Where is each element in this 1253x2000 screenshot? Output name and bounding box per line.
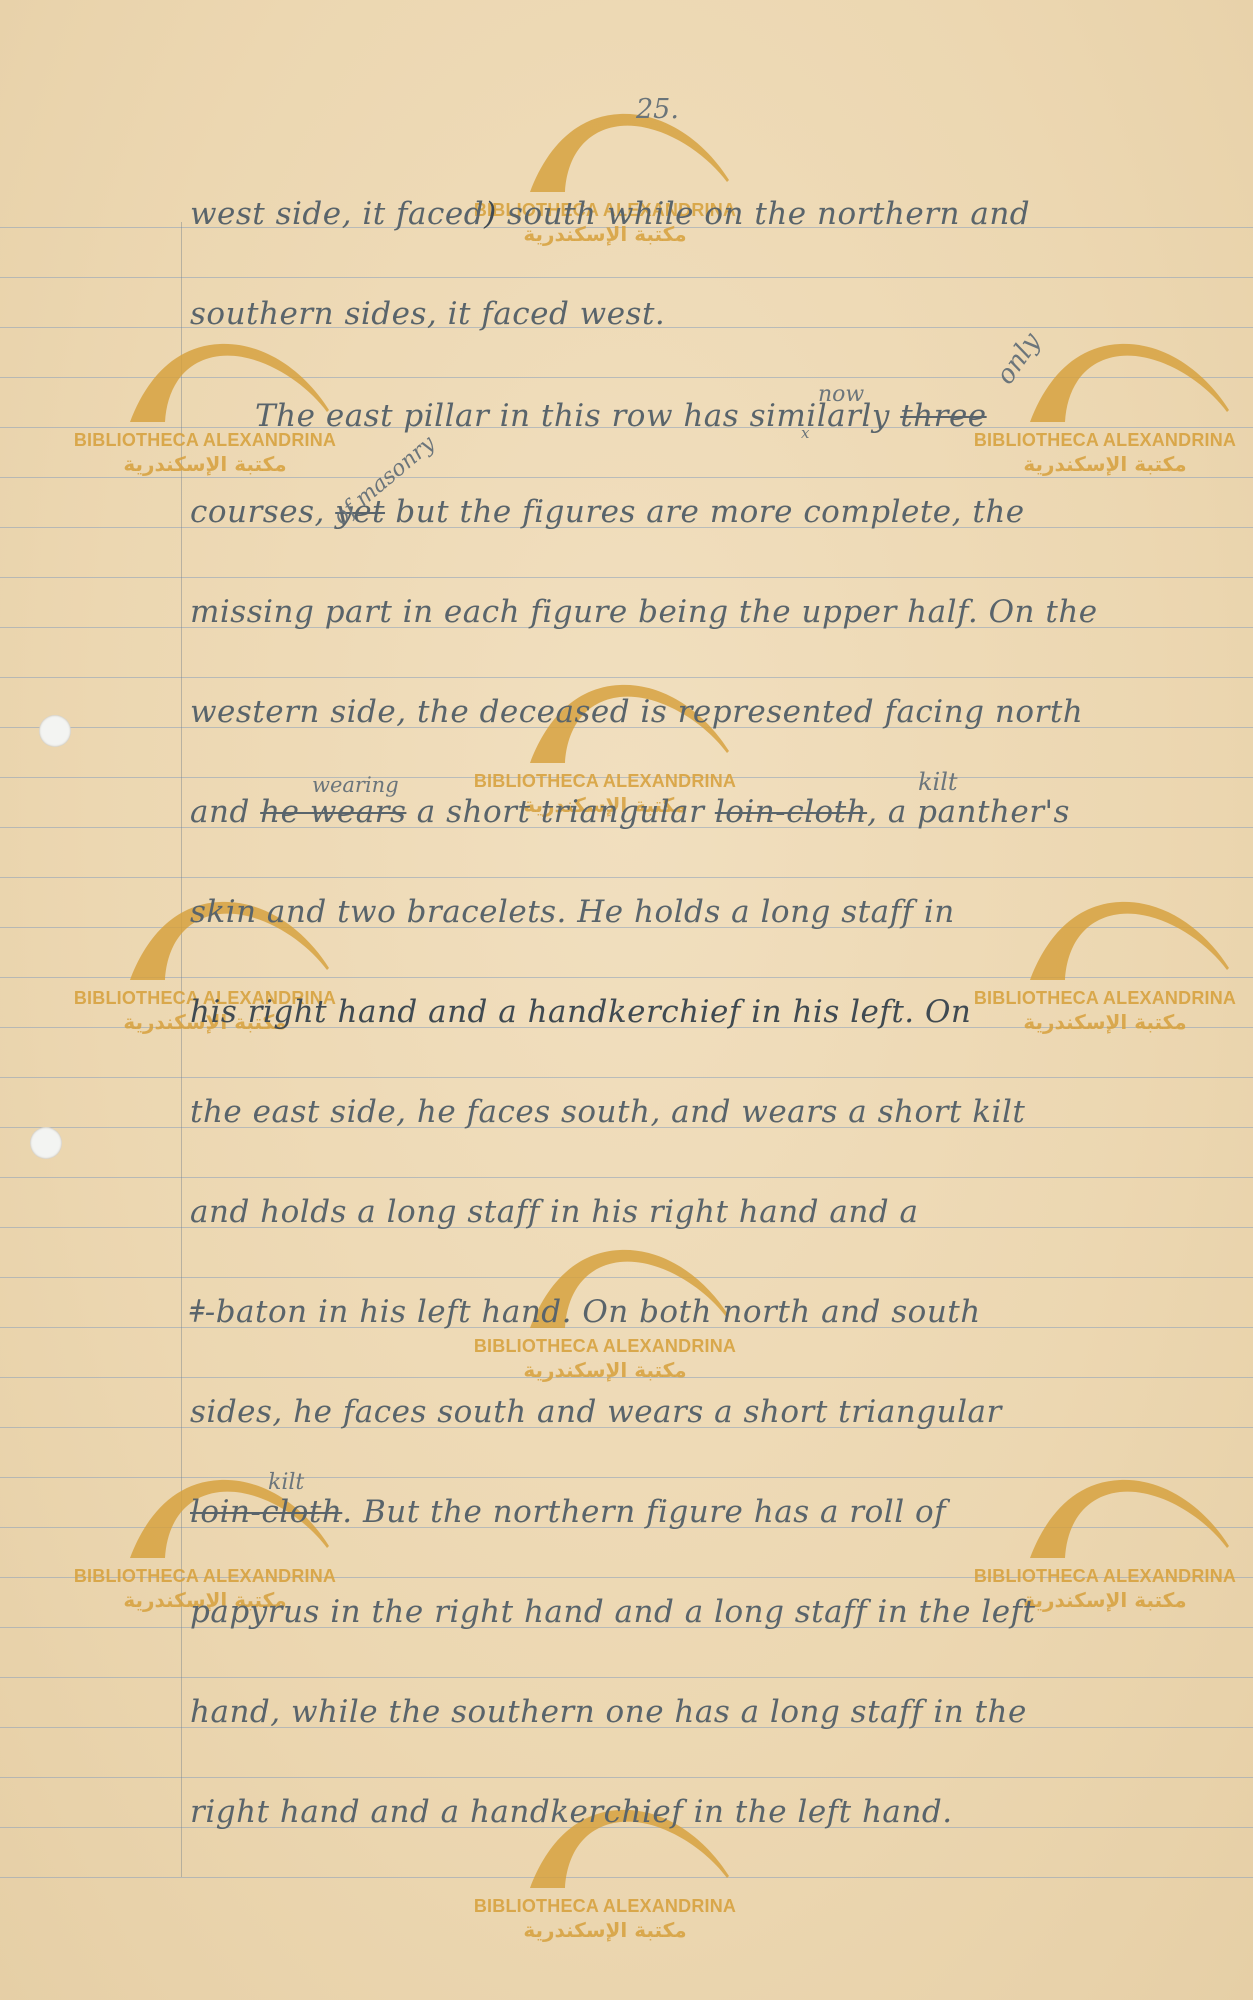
watermark-arabic: مكتبة الإسكندرية [455, 1358, 755, 1382]
annotation-kilt-line-7: kilt [918, 768, 958, 796]
watermark-stamp: BIBLIOTHECA ALEXANDRINAمكتبة الإسكندرية [955, 900, 1253, 1060]
rule-line [0, 577, 1253, 578]
watermark-stamp: BIBLIOTHECA ALEXANDRINAمكتبة الإسكندرية [455, 1808, 755, 1968]
punch-hole-top [39, 715, 71, 747]
arch-logo-icon [955, 1478, 1253, 1568]
rule-line [0, 677, 1253, 678]
text-line-1: west side, it faced) south while on the … [190, 196, 1030, 232]
line-1-part-a: west side, it faced [190, 196, 484, 232]
text-line-2: southern sides, it faced west. [190, 296, 665, 332]
rule-line [0, 1677, 1253, 1678]
arch-logo-icon [455, 112, 755, 202]
annotation-now: now [818, 382, 864, 407]
watermark-english: BIBLIOTHECA ALEXANDRINA [455, 1896, 755, 1917]
watermark-stamp: BIBLIOTHECA ALEXANDRINAمكتبة الإسكندرية [455, 112, 755, 272]
line-7-part-a: and [190, 794, 250, 830]
text-line-10: the east side, he faces south, and wears… [190, 1094, 1025, 1130]
arch-logo-icon [955, 900, 1253, 990]
watermark-english: BIBLIOTHECA ALEXANDRINA [455, 771, 755, 792]
line-1-part-b: south while on the northern and [507, 196, 1030, 232]
text-line-8: skin and two bracelets. He holds a long … [190, 894, 955, 930]
line-7-part-e: , a panther's [867, 794, 1070, 830]
text-line-4: courses, yet but the figures are more co… [190, 494, 1025, 530]
punch-hole-bottom [30, 1127, 62, 1159]
watermark-arabic: مكتبة الإسكندرية [55, 452, 355, 476]
rule-line [0, 877, 1253, 878]
text-line-5: missing part in each figure being the up… [190, 594, 1098, 630]
text-line-13: sides, he faces south and wears a short … [190, 1394, 1002, 1430]
text-line-12: ǂ-baton in his left hand. On both north … [190, 1294, 981, 1330]
text-line-11: and holds a long staff in his right hand… [190, 1194, 919, 1230]
text-line-6: western side, the deceased is represente… [190, 694, 1083, 730]
text-line-3: The east pillar in this row has similarl… [255, 398, 987, 434]
watermark-arabic: مكتبة الإسكندرية [955, 1010, 1253, 1034]
line-4-part-c: but the figures are more complete, the [395, 494, 1024, 530]
manuscript-page: BIBLIOTHECA ALEXANDRINAمكتبة الإسكندريةB… [0, 0, 1253, 2000]
line-7-struck-word: loin-cloth [715, 794, 867, 830]
watermark-english: BIBLIOTHECA ALEXANDRINA [955, 430, 1253, 451]
text-line-14: loin-cloth. But the northern figure has … [190, 1494, 946, 1530]
annotation-kilt-line-14: kilt [268, 1470, 304, 1495]
watermark-english: BIBLIOTHECA ALEXANDRINA [55, 1566, 355, 1587]
arch-logo-icon [955, 342, 1253, 432]
rule-line [0, 1777, 1253, 1778]
line-7-struck-phrase: he wears [260, 794, 406, 830]
watermark-arabic: مكتبة الإسكندرية [455, 1918, 755, 1942]
line-3-part-a: The east pillar in this row has [255, 398, 739, 434]
watermark-english: BIBLIOTHECA ALEXANDRINA [455, 1336, 755, 1357]
rule-line [0, 277, 1253, 278]
page-number: 25. [636, 94, 679, 125]
watermark-english: BIBLIOTHECA ALEXANDRINA [955, 1566, 1253, 1587]
text-line-17: right hand and a handkerchief in the lef… [190, 1794, 953, 1830]
line-3-struck-word: three [900, 398, 986, 434]
rule-line [0, 1177, 1253, 1178]
watermark-english: BIBLIOTHECA ALEXANDRINA [955, 988, 1253, 1009]
annotation-insert-mark: x [801, 424, 809, 442]
watermark-arabic: مكتبة الإسكندرية [955, 452, 1253, 476]
rule-line [0, 1077, 1253, 1078]
line-7-part-c: a short triangular [417, 794, 705, 830]
text-line-7: and he wears a short triangular loin-clo… [190, 794, 1070, 830]
line-14-part-b: . But the northern figure has a roll of [342, 1494, 946, 1530]
text-line-16: hand, while the southern one has a long … [190, 1694, 1027, 1730]
line-4-part-a: courses, [190, 494, 325, 530]
line-14-struck-word: loin-cloth [190, 1494, 342, 1530]
annotation-wearing: wearing [312, 773, 399, 797]
text-line-9: his right hand and a handkerchief in his… [190, 994, 971, 1030]
text-line-15: papyrus in the right hand and a long sta… [190, 1594, 1035, 1630]
